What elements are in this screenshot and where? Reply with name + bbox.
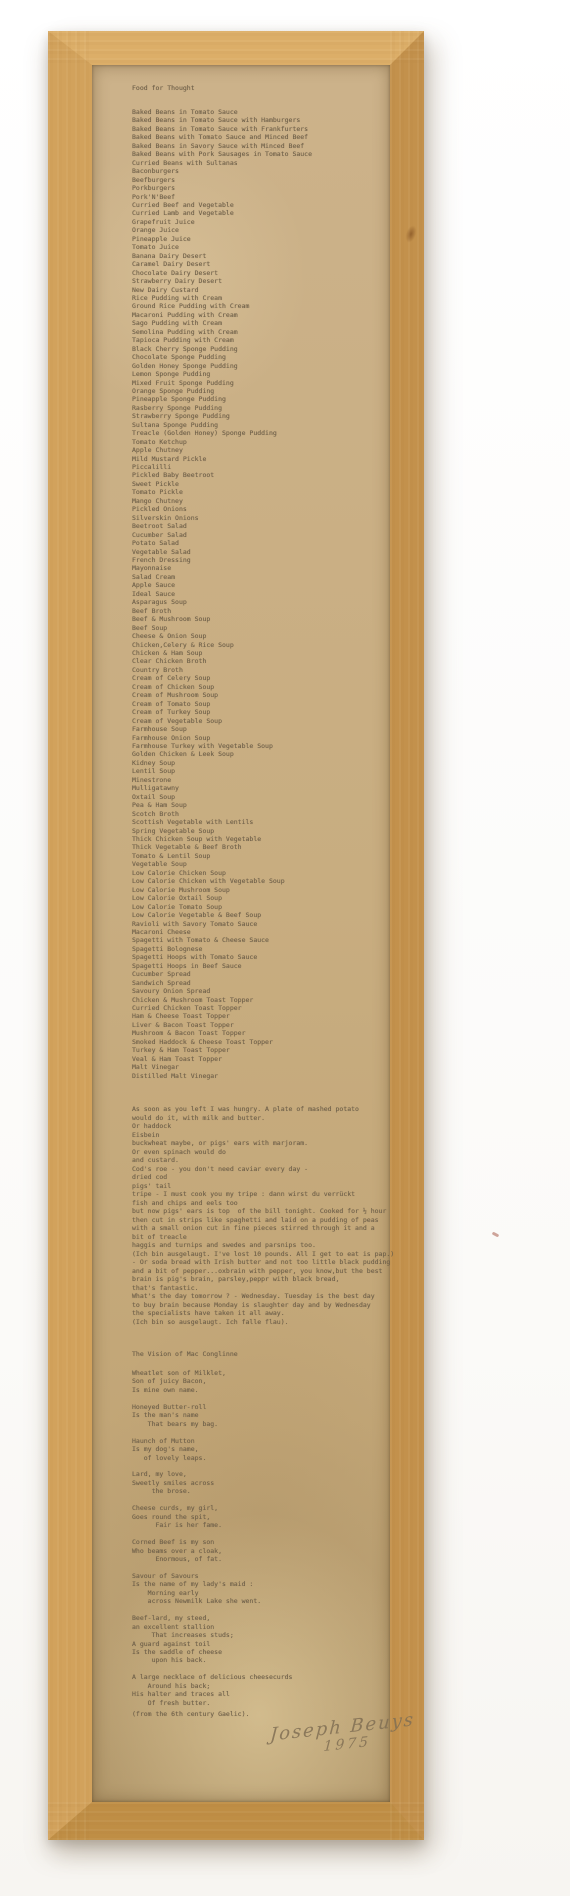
food-item: Baconburgers <box>132 167 382 175</box>
food-item: Savoury Onion Spread <box>132 987 382 995</box>
food-item: Baked Beans with Tomato Sauce and Minced… <box>132 133 382 141</box>
food-item: Tomato & Lentil Soup <box>132 852 382 860</box>
food-item: Low Calorie Chicken with Vegetable Soup <box>132 877 382 885</box>
food-item: Ideal Sauce <box>132 590 382 598</box>
prose-line: (Ich bin ausgelaugt. I've lost 10 pounds… <box>132 1250 382 1259</box>
food-item: Mixed Fruit Sponge Pudding <box>132 379 382 387</box>
poem-line: Lard, my love, <box>132 1470 382 1478</box>
food-item: Mushroom & Bacon Toast Topper <box>132 1029 382 1037</box>
poem-line <box>132 1530 382 1538</box>
poem-line: Wheatlet son of Milklet, <box>132 1369 382 1377</box>
food-item: Beetroot Salad <box>132 522 382 530</box>
food-item: Thick Vegetable & Beef Broth <box>132 843 382 851</box>
poem-line: Is my dog's name, <box>132 1445 382 1453</box>
poem-line <box>132 1428 382 1436</box>
food-item: Tapioca Pudding with Cream <box>132 336 382 344</box>
poem-line: Is the name of my lady's maid : <box>132 1580 382 1588</box>
poem-line: Honeyed Butter-roll <box>132 1403 382 1411</box>
food-item: Baked Beans in Tomato Sauce with Hamburg… <box>132 116 382 124</box>
food-item: Strawberry Sponge Pudding <box>132 412 382 420</box>
food-item: Apple Chutney <box>132 446 382 454</box>
food-item: Farmhouse Soup <box>132 725 382 733</box>
food-item: Rice Pudding with Cream <box>132 294 382 302</box>
prose-line: As soon as you left I was hungry. A plat… <box>132 1105 382 1114</box>
food-item: Semolina Pudding with Cream <box>132 328 382 336</box>
food-item: Sago Pudding with Cream <box>132 319 382 327</box>
food-item: Low Calorie Vegetable & Beef Soup <box>132 911 382 919</box>
food-item: Cream of Chicken Soup <box>132 683 382 691</box>
food-item: Macaroni Cheese <box>132 928 382 936</box>
food-item: Pickled Onions <box>132 505 382 513</box>
food-item: Orange Juice <box>132 226 382 234</box>
food-item: Mild Mustard Pickle <box>132 455 382 463</box>
food-item: Baked Beans in Tomato Sauce with Frankfu… <box>132 125 382 133</box>
poem-line: Beef-lard, my steed, <box>132 1614 382 1622</box>
food-item: Scottish Vegetable with Lentils <box>132 818 382 826</box>
prose-line: Cod's roe - you don't need caviar every … <box>132 1165 382 1174</box>
food-item: Spring Vegetable Soup <box>132 827 382 835</box>
poem-line <box>132 1563 382 1571</box>
food-item: Strawberry Dairy Desert <box>132 277 382 285</box>
food-item: Mulligatawny <box>132 784 382 792</box>
food-item: Sultana Sponge Pudding <box>132 421 382 429</box>
frame-grain-top <box>48 31 424 65</box>
poem-line: A large necklace of delicious cheesecurd… <box>132 1673 382 1681</box>
food-item: Scotch Broth <box>132 810 382 818</box>
food-item: Porkburgers <box>132 184 382 192</box>
frame-grain-left <box>48 31 92 1840</box>
artwork-title: Food for Thought <box>132 84 382 92</box>
frame-grain-bottom <box>48 1802 424 1840</box>
food-item: Chicken & Ham Soup <box>132 649 382 657</box>
food-item: Pea & Ham Soup <box>132 801 382 809</box>
food-item: Piccalilli <box>132 463 382 471</box>
prose-line: Eisbein <box>132 1131 382 1140</box>
food-item: Country Broth <box>132 666 382 674</box>
food-item: Sandwich Spread <box>132 979 382 987</box>
food-item: Curried Beans with Sultanas <box>132 159 382 167</box>
food-item: Cheese & Onion Soup <box>132 632 382 640</box>
food-item: Clear Chicken Broth <box>132 657 382 665</box>
poem-line: the brose. <box>132 1487 382 1495</box>
food-item: Low Calorie Chicken Soup <box>132 869 382 877</box>
food-item: Spagetti with Tomato & Cheese Sauce <box>132 936 382 944</box>
poem-line: Around his back; <box>132 1682 382 1690</box>
poem-line: of lovely leaps. <box>132 1454 382 1462</box>
food-item: Veal & Ham Toast Topper <box>132 1055 382 1063</box>
prose-line: to buy brain because Monday is slaughter… <box>132 1301 382 1310</box>
food-item: Spagetti Bolognese <box>132 945 382 953</box>
food-item: Ham & Cheese Toast Topper <box>132 1012 382 1020</box>
poem-line: Of fresh butter. <box>132 1699 382 1707</box>
poem-line: Morning early <box>132 1589 382 1597</box>
wood-knot-mark <box>403 224 418 244</box>
food-item: Orange Sponge Pudding <box>132 387 382 395</box>
food-item: Spagetti Hoops with Tomato Sauce <box>132 953 382 961</box>
food-item: Chocolate Dairy Desert <box>132 269 382 277</box>
prose-line: brain is pig's brain, parsley,peppr with… <box>132 1275 382 1284</box>
poem-line <box>132 1462 382 1470</box>
prose-line: the specialists have taken it all away. <box>132 1309 382 1318</box>
food-item: Cream of Celery Soup <box>132 674 382 682</box>
food-item: Chicken,Celery & Rice Soup <box>132 641 382 649</box>
poem-line: Is the man's name <box>132 1411 382 1419</box>
food-item: Curried Chicken Toast Topper <box>132 1004 382 1012</box>
food-item: Golden Honey Sponge Pudding <box>132 362 382 370</box>
food-item: Asparagus Soup <box>132 598 382 606</box>
food-item: Pineapple Juice <box>132 235 382 243</box>
prose-line: that's fantastic. <box>132 1284 382 1293</box>
food-item: Treacle (Golden Honey) Sponge Pudding <box>132 429 382 437</box>
prose-line: with a small onion cut in fine pieces st… <box>132 1224 382 1233</box>
food-item: Baked Beans in Savory Sauce with Minced … <box>132 142 382 150</box>
prose-line: - Or soda bread with Irish butter and no… <box>132 1258 382 1267</box>
food-item: Spagetti Hoops in Beef Sauce <box>132 962 382 970</box>
food-item: Banana Dairy Desert <box>132 252 382 260</box>
food-item: Beef & Mushroom Soup <box>132 615 382 623</box>
photo-dust-speck <box>492 1232 500 1238</box>
food-item: Malt Vinegar <box>132 1063 382 1071</box>
food-item: Sweet Pickle <box>132 480 382 488</box>
poem-line: upon his back. <box>132 1656 382 1664</box>
poem-line: A guard against toil <box>132 1640 382 1648</box>
poem-line: Is the saddle of cheese <box>132 1648 382 1656</box>
prose-line: and a bit of pepper...oxbrain with peppe… <box>132 1267 382 1276</box>
food-item: Curried Beef and Vegetable <box>132 201 382 209</box>
food-item: French Dressing <box>132 556 382 564</box>
food-item: Curried Lamb and Vegetable <box>132 209 382 217</box>
poem-line: Corned Beef is my son <box>132 1538 382 1546</box>
photo-background: Food for Thought Baked Beans in Tomato S… <box>0 0 570 1896</box>
food-item: Baked Beans with Pork Sausages in Tomato… <box>132 150 382 158</box>
prose-line: but now pigs' ears is top of the bill to… <box>132 1207 382 1216</box>
frame-grain-right <box>390 31 424 1840</box>
food-item: Ground Rice Pudding with Cream <box>132 302 382 310</box>
food-item: Cream of Vegetable Soup <box>132 717 382 725</box>
poem-line: His halter and traces all <box>132 1690 382 1698</box>
food-item: Ravioli with Savory Tomato Sauce <box>132 920 382 928</box>
poem-section: Wheatlet son of Milklet,Son of juicy Bac… <box>132 1369 382 1707</box>
food-item: Kidney Soup <box>132 759 382 767</box>
poem-line: Fair is her fame. <box>132 1521 382 1529</box>
food-item: Pork'N'Beef <box>132 193 382 201</box>
food-item: Cucumber Spread <box>132 970 382 978</box>
prose-line: bit of treacle <box>132 1233 382 1242</box>
poem-line: Sweetly smiles across <box>132 1479 382 1487</box>
food-item: Low Calorie Oxtail Soup <box>132 894 382 902</box>
food-item: Liver & Bacon Toast Topper <box>132 1021 382 1029</box>
food-item: Tomato Pickle <box>132 488 382 496</box>
wooden-frame: Food for Thought Baked Beans in Tomato S… <box>48 31 424 1840</box>
food-item: Beef Broth <box>132 607 382 615</box>
food-item: Rasberry Sponge Pudding <box>132 404 382 412</box>
food-item: Chocolate Sponge Pudding <box>132 353 382 361</box>
poem-line: Is mine own name. <box>132 1386 382 1394</box>
food-item: Cream of Tomato Soup <box>132 700 382 708</box>
food-item: Oxtail Soup <box>132 793 382 801</box>
poem-line: Haunch of Mutton <box>132 1437 382 1445</box>
food-item: Potato Salad <box>132 539 382 547</box>
food-item: Low Calorie Tomato Soup <box>132 903 382 911</box>
prose-line: haggis and turnips and swedes and parsni… <box>132 1241 382 1250</box>
poem-line <box>132 1496 382 1504</box>
food-item: Turkey & Ham Toast Topper <box>132 1046 382 1054</box>
food-item: Vegetable Salad <box>132 548 382 556</box>
prose-line: buckwheat maybe, or pigs' ears with marj… <box>132 1139 382 1148</box>
food-item: Apple Sauce <box>132 581 382 589</box>
food-item: Tomato Ketchup <box>132 438 382 446</box>
food-item: Thick Chicken Soup with Vegetable <box>132 835 382 843</box>
poem-line: Son of juicy Bacon, <box>132 1377 382 1385</box>
poem-line: That bears my bag. <box>132 1420 382 1428</box>
prose-line: pigs' tail <box>132 1182 382 1191</box>
poem-line: Goes round the spit, <box>132 1513 382 1521</box>
food-item: Black Cherry Sponge Pudding <box>132 345 382 353</box>
prose-line: Or haddock <box>132 1122 382 1131</box>
poem-line: Who beams over a cloak, <box>132 1547 382 1555</box>
food-item: New Dairy Custard <box>132 286 382 294</box>
food-item: Grapefruit Juice <box>132 218 382 226</box>
typewritten-sheet: Food for Thought Baked Beans in Tomato S… <box>92 65 390 1802</box>
food-item: Chicken & Mushroom Toast Topper <box>132 996 382 1004</box>
prose-line: fish and chips and eels too <box>132 1199 382 1208</box>
food-item: Silverskin Onions <box>132 514 382 522</box>
poem-line <box>132 1665 382 1673</box>
food-item: Cream of Turkey Soup <box>132 708 382 716</box>
food-item: Salad Cream <box>132 573 382 581</box>
prose-line: What's the day tomorrow ? - Wednesday. T… <box>132 1292 382 1301</box>
food-item: Caramel Dairy Desert <box>132 260 382 268</box>
prose-section: As soon as you left I was hungry. A plat… <box>132 1105 382 1326</box>
prose-line: Or even spinach would do <box>132 1148 382 1157</box>
food-list: Baked Beans in Tomato SauceBaked Beans i… <box>132 108 382 1080</box>
food-item: Golden Chicken & Leek Soup <box>132 750 382 758</box>
food-item: Pickled Baby Beetroot <box>132 471 382 479</box>
food-item: Baked Beans in Tomato Sauce <box>132 108 382 116</box>
food-item: Mango Chutney <box>132 497 382 505</box>
prose-line: and custard. <box>132 1156 382 1165</box>
food-item: Lentil Soup <box>132 767 382 775</box>
prose-line: (Ich bin so ausgelaugt. Ich falle flau). <box>132 1318 382 1327</box>
food-item: Mayonnaise <box>132 564 382 572</box>
poem-line: an excellent stallion <box>132 1623 382 1631</box>
food-item: Distilled Malt Vinegar <box>132 1072 382 1080</box>
poem-title: The Vision of Mac Conglinne <box>132 1350 382 1358</box>
prose-line: dried cod <box>132 1173 382 1182</box>
food-item: Lemon Sponge Pudding <box>132 370 382 378</box>
prose-line: then cut in strips like spaghetti and la… <box>132 1216 382 1225</box>
poem-line: Savour of Savours <box>132 1572 382 1580</box>
food-item: Tomato Juice <box>132 243 382 251</box>
food-item: Low Calorie Mushroom Soup <box>132 886 382 894</box>
prose-line: would do it, with milk and butter. <box>132 1114 382 1123</box>
food-item: Cucumber Salad <box>132 531 382 539</box>
food-item: Farmhouse Turkey with Vegetable Soup <box>132 742 382 750</box>
food-item: Vegetable Soup <box>132 860 382 868</box>
prose-line: tripe - I must cook you my tripe : dann … <box>132 1190 382 1199</box>
food-item: Beef Soup <box>132 624 382 632</box>
food-item: Smoked Haddock & Cheese Toast Topper <box>132 1038 382 1046</box>
food-item: Minestrone <box>132 776 382 784</box>
food-item: Macaroni Pudding with Cream <box>132 311 382 319</box>
food-item: Pineapple Sponge Pudding <box>132 395 382 403</box>
poem-line <box>132 1394 382 1402</box>
poem-line: That increases studs; <box>132 1631 382 1639</box>
poem-line <box>132 1606 382 1614</box>
food-item: Beefburgers <box>132 176 382 184</box>
poem-line: Enormous, of fat. <box>132 1555 382 1563</box>
food-item: Farmhouse Onion Soup <box>132 734 382 742</box>
food-item: Cream of Mushroom Soup <box>132 691 382 699</box>
poem-line: across Newmilk Lake she went. <box>132 1597 382 1605</box>
poem-line: Cheese curds, my girl, <box>132 1504 382 1512</box>
